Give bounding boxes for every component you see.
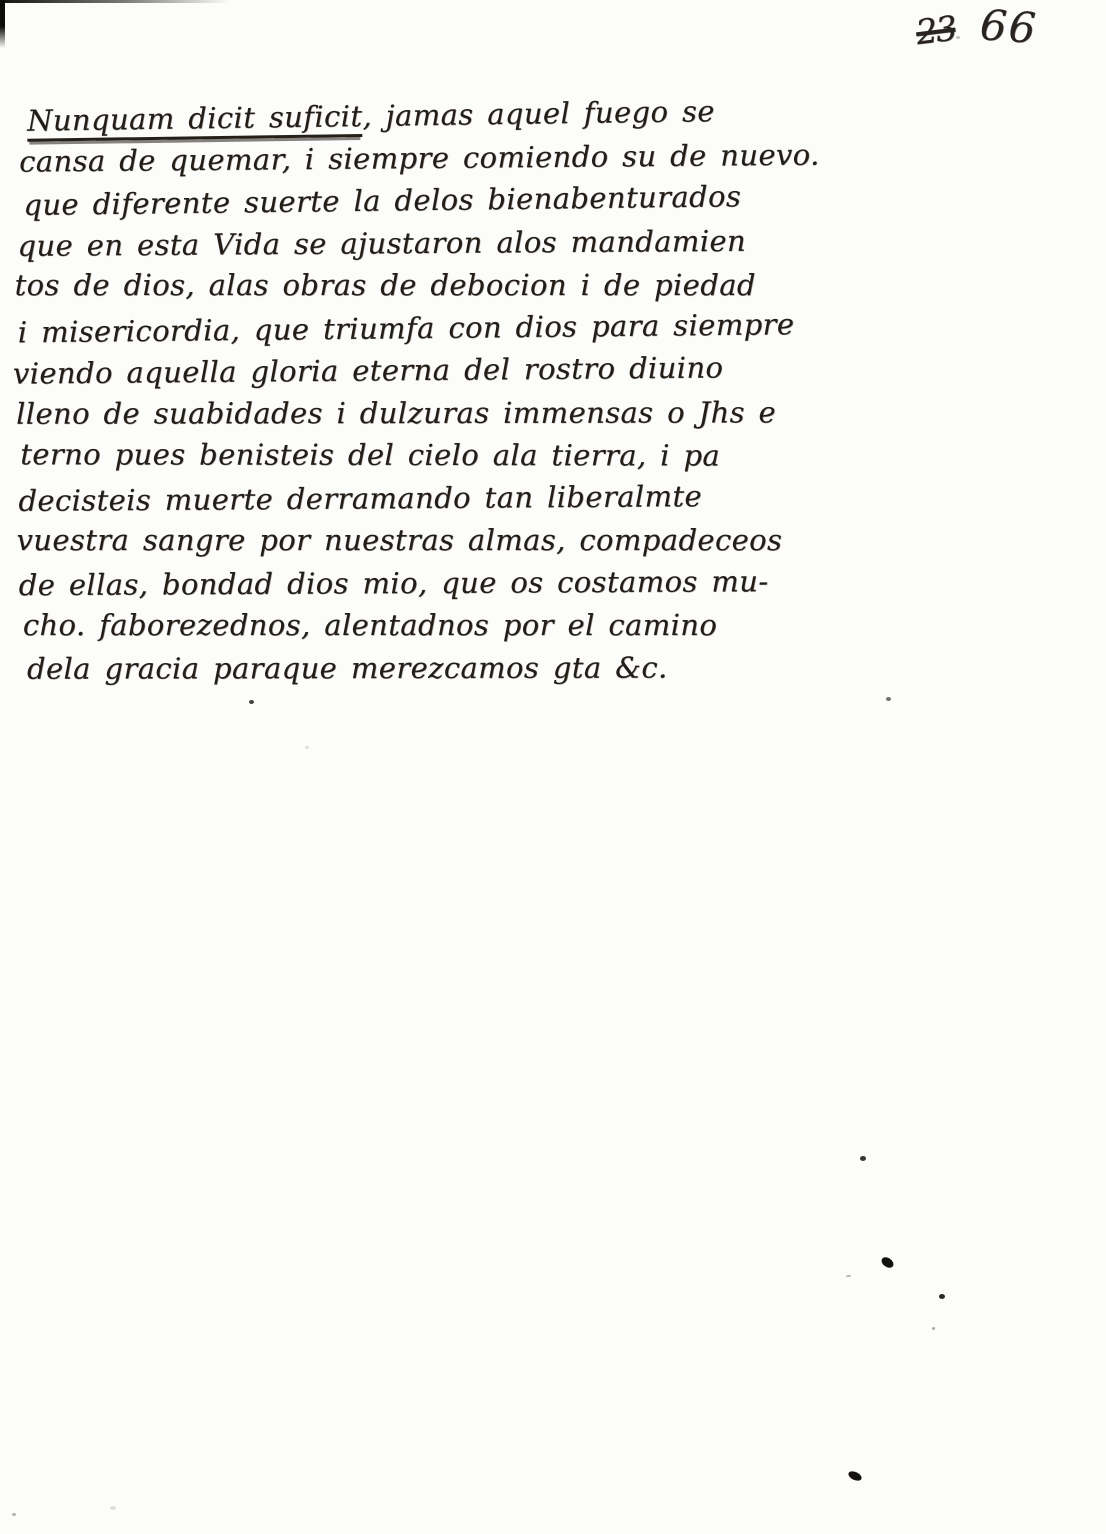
ink-speck [932, 1327, 935, 1330]
text-line: que en esta Vida se ajustaron alos manda… [17, 219, 847, 267]
ink-speck [110, 1506, 116, 1510]
ink-speck [846, 1275, 851, 1278]
ink-speck [880, 1255, 896, 1270]
ink-speck [305, 746, 309, 749]
ink-speck [860, 1156, 866, 1161]
text-line: de ellas, bondad dios mio, que os costam… [19, 559, 849, 606]
ink-speck [249, 700, 254, 704]
ink-speck [886, 697, 891, 701]
scan-edge-artifact-corner [0, 0, 5, 48]
ink-speck [847, 1469, 863, 1482]
text-line: lleno de suabidades i dulzuras immensas … [16, 391, 848, 435]
text-line: vuestra sangre por nuestras almas, compa… [17, 519, 849, 562]
folio-number-struck: 23 [914, 12, 957, 51]
text-line-rest: , jamas aquel fuego se [362, 94, 715, 133]
manuscript-page: 23 66 Nunquam dicit suficit, jamas aquel… [0, 0, 1106, 1534]
underlined-latin-phrase: Nunquam dicit suficit [27, 99, 363, 142]
text-line: dela gracia paraque merezcamos gta &c. [27, 646, 849, 690]
ink-speck [12, 1513, 16, 1516]
text-line: cho. faborezednos, alentadnos por el cam… [23, 604, 849, 647]
text-line: terno pues benisteis del cielo ala tierr… [20, 433, 848, 477]
text-line: decisteis muerte derramando tan liberalm… [18, 474, 848, 522]
folio-numbers: 23 66 [915, 6, 1038, 48]
handwritten-text-block: Nunquam dicit suficit, jamas aquel fuego… [17, 93, 849, 691]
text-line: tos de dios, alas obras de debocion i de… [15, 264, 848, 307]
ink-speck [956, 36, 960, 39]
folio-number: 66 [979, 4, 1039, 50]
ink-speck [939, 1294, 945, 1299]
scan-edge-artifact-top [0, 0, 230, 3]
text-line: viendo aquella gloria eterna del rostro … [13, 345, 848, 395]
text-line: que diferente suerte la delos bienabentu… [23, 174, 847, 227]
